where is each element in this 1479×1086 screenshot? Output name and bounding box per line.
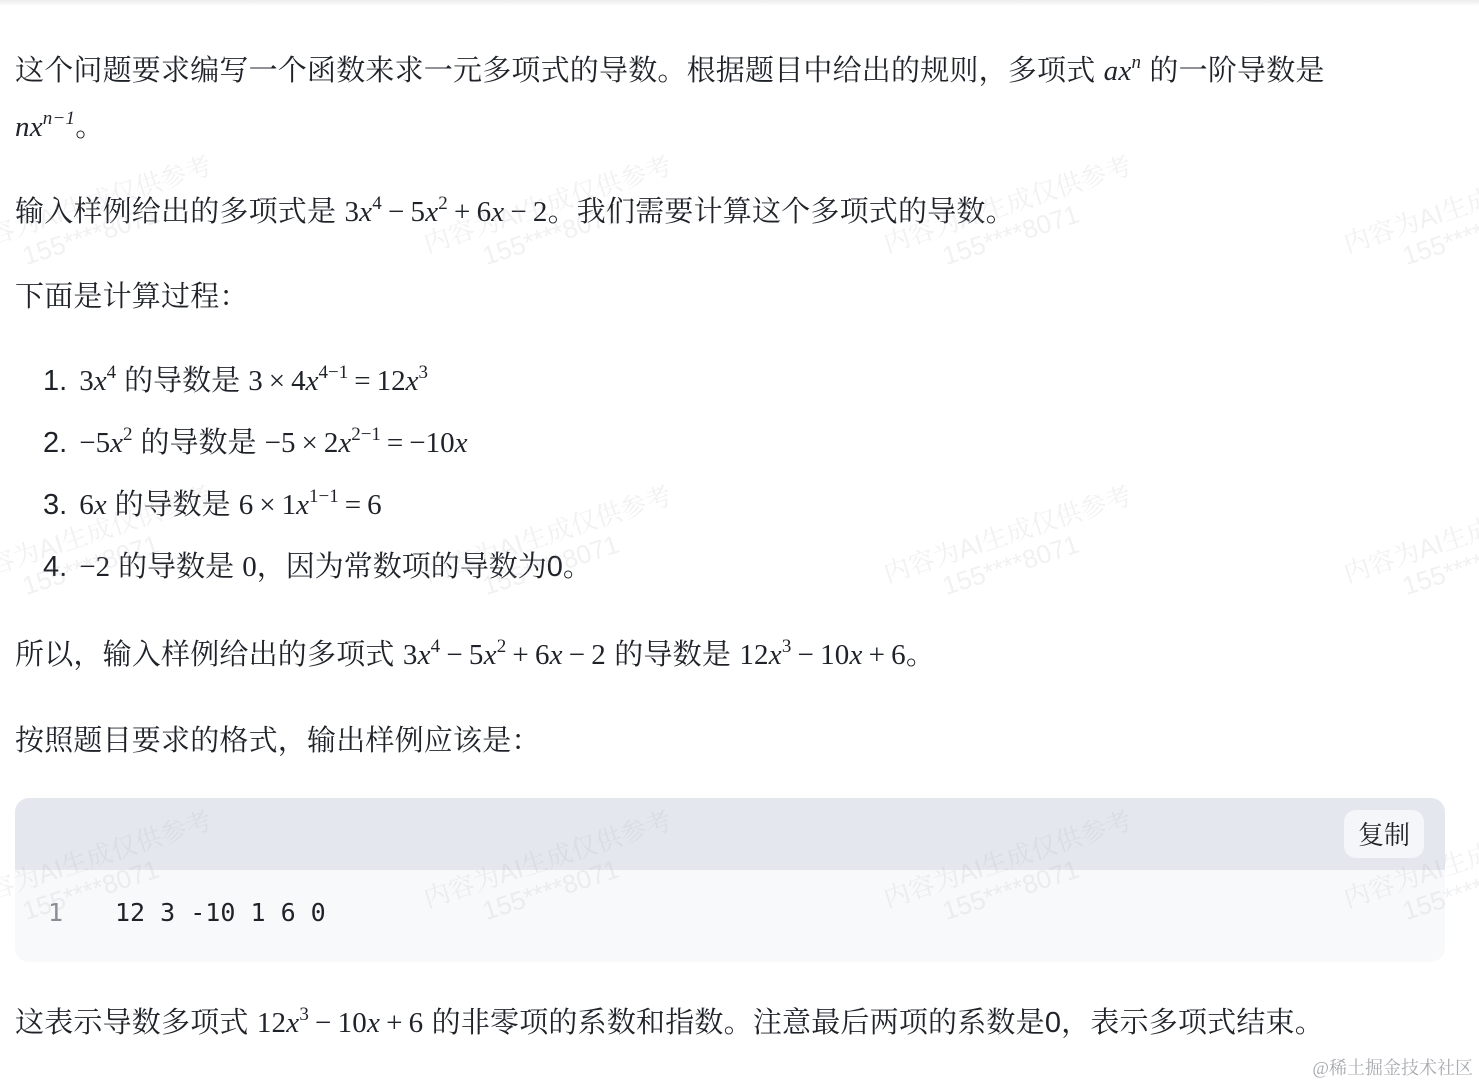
- code-block-header: 复制: [15, 798, 1445, 870]
- step-mid-text: 的导数是: [132, 427, 264, 459]
- watermark: 内容为AI生成仅供参考155****8071: [880, 480, 1144, 617]
- step-item-4: 4. −2 的导数是 0，因为常数项的导数为0。: [43, 536, 592, 598]
- step-number: 3.: [43, 474, 67, 536]
- intro-paragraph-line2: nxn−1。: [15, 99, 104, 155]
- step-mid-text: 的导数是: [116, 365, 248, 397]
- step-number: 2.: [43, 412, 67, 474]
- code-line: 12 3 -10 1 6 0: [115, 898, 326, 927]
- math-ax-n: axn: [1104, 55, 1141, 87]
- step-number: 1.: [43, 350, 67, 412]
- watermark: 内容为AI生成仅供参考155****8071: [1340, 150, 1479, 287]
- math-nx-n-1: nxn−1: [15, 111, 75, 143]
- explanation-paragraph: 这表示导数多项式 12x3−10x+6 的非零项的系数和指数。注意最后两项的系数…: [15, 995, 1324, 1051]
- math-input-polynomial: 3x4−5x2+6x−2: [344, 196, 547, 228]
- step-calc: −5×2x2−1=−10x: [265, 427, 468, 459]
- step-item-2: 2. −5x2 的导数是 −5×2x2−1=−10x: [43, 412, 592, 474]
- input-sample-prefix: 输入样例给出的多项式是: [15, 196, 344, 228]
- conclusion-prefix: 所以，输入样例给出的多项式: [15, 639, 403, 671]
- step-item-3: 3. 6x 的导数是 6×1x1−1=6: [43, 474, 592, 536]
- conclusion-suffix: 。: [906, 639, 935, 671]
- copy-button[interactable]: 复制: [1344, 810, 1424, 858]
- step-term: −2: [79, 551, 110, 583]
- intro-line2-tail: 。: [75, 111, 104, 143]
- derivative-steps-list: 1. 3x4 的导数是 3×4x4−1=12x3 2. −5x2 的导数是 −5…: [43, 350, 592, 598]
- intro-paragraph: 这个问题要求编写一个函数来求一元多项式的导数。根据题目中给出的规则，多项式 ax…: [15, 43, 1325, 99]
- code-block: 复制 1 12 3 -10 1 6 0: [15, 798, 1445, 962]
- step-item-1: 1. 3x4 的导数是 3×4x4−1=12x3: [43, 350, 592, 412]
- step-term: 3x4: [79, 365, 116, 397]
- intro-text: 这个问题要求编写一个函数来求一元多项式的导数。根据题目中给出的规则，多项式: [15, 55, 1104, 87]
- input-sample-suffix: 。我们需要计算这个多项式的导数。: [548, 196, 1015, 228]
- conclusion-mid: 的导数是: [606, 639, 739, 671]
- step-mid-text: 的导数是: [107, 489, 239, 521]
- step-term: −5x2: [79, 427, 132, 459]
- top-shadow: [0, 0, 1479, 6]
- math-derivative: 12x3−10x+6: [257, 1007, 424, 1039]
- output-format-heading: 按照题目要求的格式，输出样例应该是：: [15, 713, 541, 769]
- watermark: 内容为AI生成仅供参考155****8071: [1340, 480, 1479, 617]
- step-tail-text: ，因为常数项的导数为0。: [257, 551, 592, 583]
- explanation-prefix: 这表示导数多项式: [15, 1007, 257, 1039]
- explanation-suffix: 的非零项的系数和指数。注意最后两项的系数是0，表示多项式结束。: [423, 1007, 1324, 1039]
- math-input-polynomial: 3x4−5x2+6x−2: [403, 639, 606, 671]
- step-number: 4.: [43, 536, 67, 598]
- code-block-body[interactable]: 1 12 3 -10 1 6 0: [15, 870, 1445, 962]
- input-sample-paragraph: 输入样例给出的多项式是 3x4−5x2+6x−2。我们需要计算这个多项式的导数。: [15, 184, 1015, 240]
- source-watermark: @稀土掘金技术社区: [1312, 1054, 1473, 1080]
- intro-tail: 的一阶导数是: [1141, 55, 1324, 87]
- conclusion-paragraph: 所以，输入样例给出的多项式 3x4−5x2+6x−2 的导数是 12x3−10x…: [15, 627, 935, 683]
- step-calc: 3×4x4−1=12x3: [248, 365, 428, 397]
- process-heading: 下面是计算过程：: [15, 269, 249, 325]
- step-calc: 6×1x1−1=6: [239, 489, 382, 521]
- step-mid-text: 的导数是: [110, 551, 242, 583]
- line-number: 1: [48, 898, 63, 927]
- math-derivative: 12x3−10x+6: [739, 639, 906, 671]
- step-calc: 0: [242, 551, 257, 583]
- step-term: 6x: [79, 489, 106, 521]
